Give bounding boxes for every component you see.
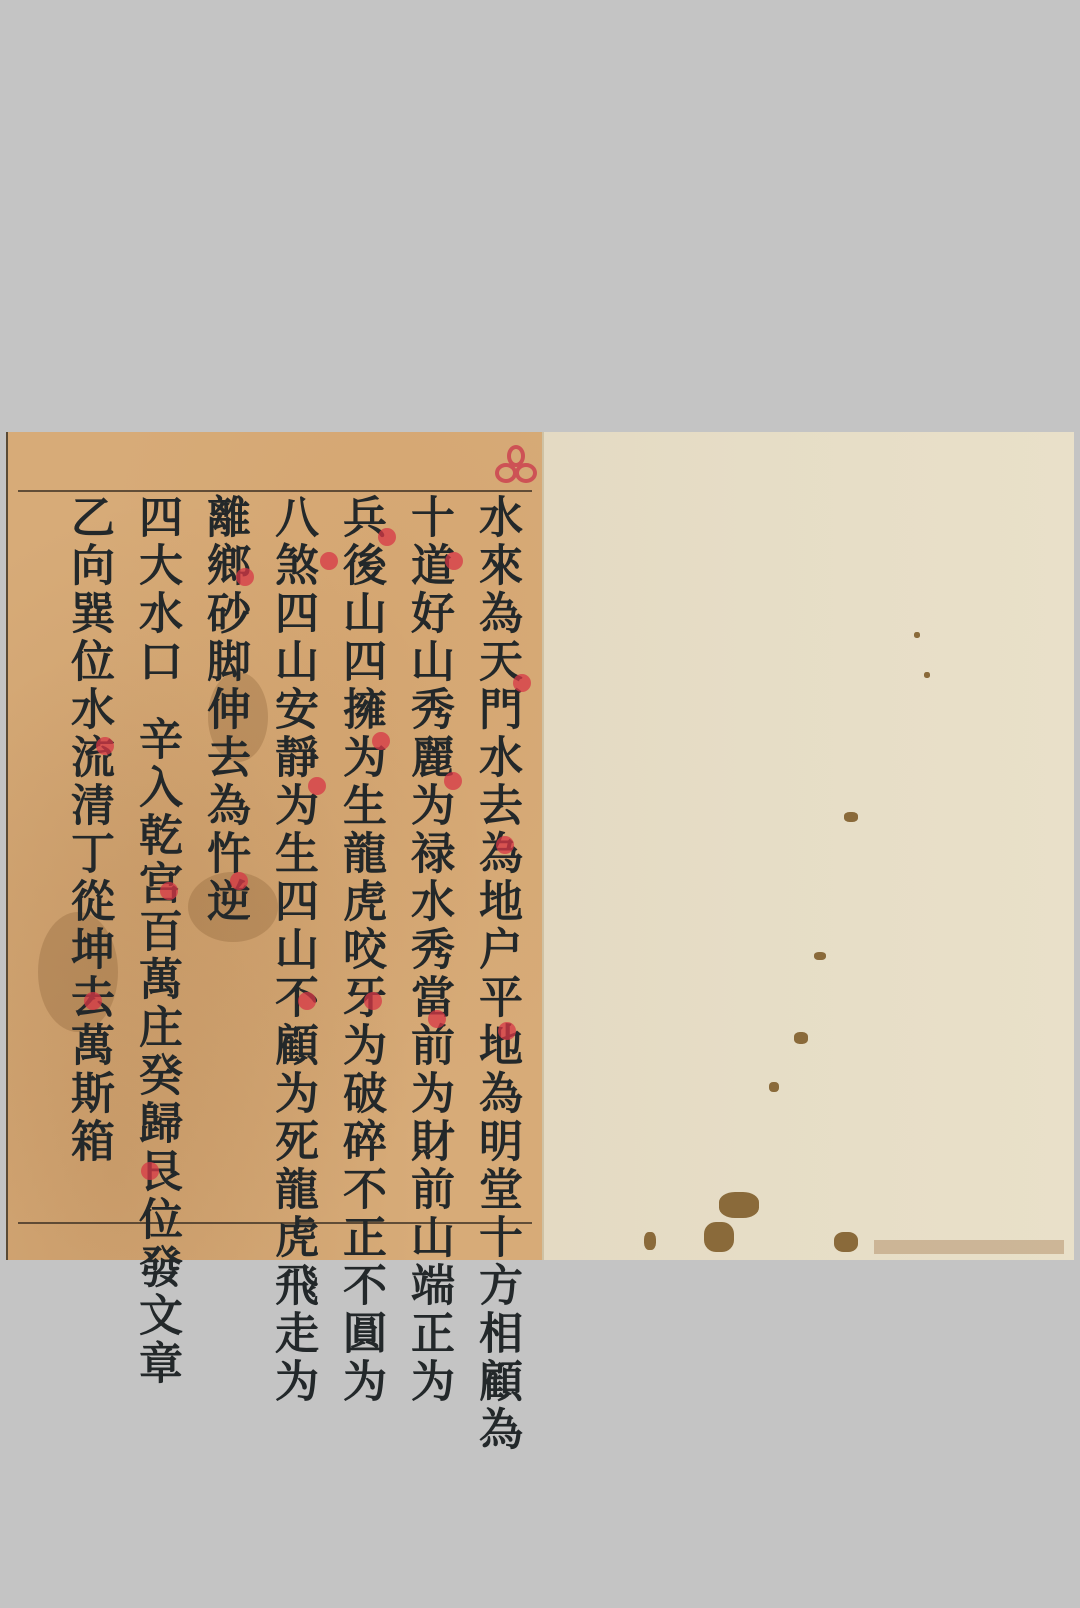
text-segment: 四大水口 [131, 494, 182, 686]
text-segment: 龍虎飛走为 [267, 1166, 318, 1406]
paper-damage [644, 1232, 656, 1250]
red-punctuation-dot [364, 992, 382, 1010]
left-page: 水來為天門水去為地户平地為明堂十方相顧為 十道好山秀麗为禄水秀當前为財前山端正为… [6, 432, 542, 1260]
paper-edge-wear [874, 1240, 1064, 1254]
paper-damage [914, 632, 920, 638]
paper-damage [769, 1082, 779, 1092]
red-punctuation-dot [378, 528, 396, 546]
text-column-7: 乙向巽位水流清丁從坤去萬斯箱 [54, 494, 122, 1219]
paper-damage [794, 1032, 808, 1044]
text-segment: 四山安靜为生 [267, 590, 318, 878]
text-segment: 水去為地户 [471, 734, 522, 974]
text-segment: 癸歸艮位發文章 [131, 1052, 182, 1388]
text-segment: 乙向巽位水流清 [63, 494, 114, 830]
red-punctuation-dot [160, 882, 178, 900]
red-punctuation-dot [445, 552, 463, 570]
text-column-1: 水來為天門水去為地户平地為明堂十方相顧為 [462, 494, 530, 1219]
paper-damage [814, 952, 826, 960]
red-punctuation-dot [236, 568, 254, 586]
text-segment: 八煞 [267, 494, 318, 590]
red-punctuation-dot [96, 737, 114, 755]
top-border-rule [18, 490, 532, 492]
vertical-text-body: 水來為天門水去為地户平地為明堂十方相顧為 十道好山秀麗为禄水秀當前为財前山端正为… [30, 494, 530, 1219]
red-punctuation-dot [308, 777, 326, 795]
text-column-3: 兵後山四擁为生龍虎咬牙为破碎不正不圓为 [326, 494, 394, 1219]
red-punctuation-dot [496, 836, 514, 854]
text-column-5: 離鄉砂脚伸去為忤逆 [190, 494, 258, 1219]
text-segment: 水來為天門 [471, 494, 522, 734]
paper-damage [844, 812, 858, 822]
red-punctuation-dot [513, 674, 531, 692]
paper-damage [719, 1192, 759, 1218]
text-segment: 不正不圓为 [335, 1166, 386, 1406]
text-segment: 後山四擁为生 [335, 542, 386, 830]
text-column-4: 八煞四山安靜为生四山不顧为死龍虎飛走为 [258, 494, 326, 1219]
right-page-blank [542, 432, 1074, 1260]
red-punctuation-dot [298, 992, 316, 1010]
red-punctuation-dot [372, 732, 390, 750]
paper-damage [704, 1222, 734, 1252]
paper-damage [924, 672, 930, 678]
red-punctuation-dot [444, 772, 462, 790]
text-column-6: 四大水口辛入乾宫百萬庄癸歸艮位發文章 [122, 494, 190, 1219]
text-segment: 十道好山秀麗为禄 [403, 494, 454, 878]
red-punctuation-dot [230, 872, 248, 890]
red-punctuation-dot [84, 992, 102, 1010]
red-punctuation-dot [320, 552, 338, 570]
text-segment: 四山不顧为死 [267, 878, 318, 1166]
text-segment: 前山端正为 [403, 1166, 454, 1406]
red-punctuation-dot [428, 1010, 446, 1028]
text-segment: 平地為明堂 [471, 974, 522, 1214]
manuscript-spread: 水來為天門水去為地户平地為明堂十方相顧為 十道好山秀麗为禄水秀當前为財前山端正为… [6, 432, 1074, 1260]
red-seal-mark-icon [494, 442, 538, 486]
red-punctuation-dot [141, 1162, 159, 1180]
red-punctuation-dot [498, 1022, 516, 1040]
text-segment: 十方相顧為 [471, 1214, 522, 1454]
paper-damage [834, 1232, 858, 1252]
text-column-2: 十道好山秀麗为禄水秀當前为財前山端正为 [394, 494, 462, 1219]
